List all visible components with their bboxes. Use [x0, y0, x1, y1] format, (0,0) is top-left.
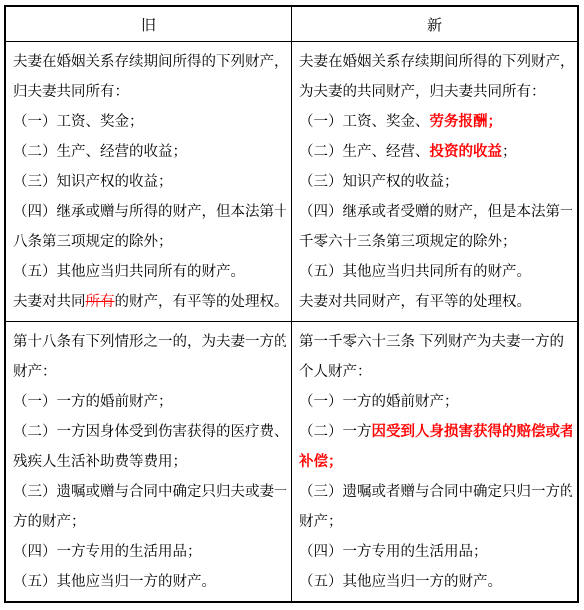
normal-text: 个人财产：	[299, 364, 372, 380]
normal-text: （四）继承或赠与所得的财产，但本法第十	[13, 204, 286, 220]
normal-text: （三）遗嘱或者赠与合同中确定只归一方的	[299, 484, 572, 500]
text-line: （一）工资、奖金；	[13, 107, 286, 137]
text-line: （五）其他应当归一方的财产。	[13, 567, 286, 597]
text-line: 财产；	[299, 507, 572, 537]
table-row-common-property: 夫妻在婚姻关系存续期间所得的下列财产，归夫妻共同所有：（一）工资、奖金；（二）生…	[5, 42, 578, 322]
text-line: 方的财产；	[13, 507, 286, 537]
normal-text: （二）生产、经营、	[299, 144, 430, 160]
text-line: 为夫妻的共同财产，归夫妻共同所有：	[299, 77, 572, 107]
normal-text: （五）其他应当归共同所有的财产。	[299, 264, 531, 280]
text-line: 残疾人生活补助费等费用；	[13, 447, 286, 477]
text-line: （五）其他应当归共同所有的财产。	[299, 257, 572, 287]
added-text: 补偿；	[299, 454, 343, 470]
law-comparison-page: 旧 新 夫妻在婚姻关系存续期间所得的下列财产，归夫妻共同所有：（一）工资、奖金；…	[4, 5, 579, 603]
text-line: 第十八条有下列情形之一的，为夫妻一方的	[13, 327, 286, 357]
text-line: 夫妻在婚姻关系存续期间所得的下列财产，	[13, 47, 286, 77]
normal-text: （五）其他应当归共同所有的财产。	[13, 264, 245, 280]
text-line: 归夫妻共同所有：	[13, 77, 286, 107]
normal-text: 为夫妻的共同财产，归夫妻共同所有：	[299, 84, 546, 100]
text-line: （三）遗嘱或赠与合同中确定只归夫或妻一	[13, 477, 286, 507]
normal-text: （一）一方的婚前财产；	[13, 394, 173, 410]
normal-text: （五）其他应当归一方的财产。	[13, 574, 216, 590]
added-text: 投资的收益	[430, 144, 503, 160]
text-line: （一）一方的婚前财产；	[299, 387, 572, 417]
text-line: 财产：	[13, 357, 286, 387]
normal-text: （二）一方因身体受到伤害获得的医疗费、	[13, 424, 286, 440]
text-line: （二）一方因受到人身损害获得的赔偿或者	[299, 417, 572, 447]
text-line: 补偿；	[299, 447, 572, 477]
text-line: 个人财产：	[299, 357, 572, 387]
normal-text: （四）一方专用的生活用品；	[13, 544, 202, 560]
normal-text: （一）一方的婚前财产；	[299, 394, 459, 410]
normal-text: （二）生产、经营的收益；	[13, 144, 187, 160]
normal-text: （五）其他应当归一方的财产。	[299, 574, 502, 590]
normal-text: （二）一方	[299, 424, 372, 440]
normal-text: （三）遗嘱或赠与合同中确定只归夫或妻一	[13, 484, 286, 500]
text-line: （三）知识产权的收益；	[299, 167, 572, 197]
normal-text: （三）知识产权的收益；	[13, 174, 173, 190]
cell-new-common-property: 夫妻在婚姻关系存续期间所得的下列财产，为夫妻的共同财产，归夫妻共同所有：（一）工…	[292, 42, 579, 322]
text-line: 第一千零六十三条 下列财产为夫妻一方的	[299, 327, 572, 357]
text-line: （三）知识产权的收益；	[13, 167, 286, 197]
law-comparison-table: 旧 新 夫妻在婚姻关系存续期间所得的下列财产，归夫妻共同所有：（一）工资、奖金；…	[4, 5, 579, 603]
normal-text: 千零六十三条第三项规定的除外；	[299, 234, 517, 250]
deleted-text: 所有	[86, 294, 115, 310]
normal-text: （四）继承或者受赠的财产，但是本法第一	[299, 204, 572, 220]
normal-text: ；	[502, 144, 517, 160]
text-line: （四）继承或赠与所得的财产，但本法第十	[13, 197, 286, 227]
normal-text: 八条第三项规定的除外；	[13, 234, 173, 250]
normal-text: （四）一方专用的生活用品；	[299, 544, 488, 560]
normal-text: 残疾人生活补助费等费用；	[13, 454, 187, 470]
header-row: 旧 新	[5, 6, 578, 42]
text-line: （一）一方的婚前财产；	[13, 387, 286, 417]
text-line: 夫妻对共同财产，有平等的处理权。	[299, 287, 572, 317]
normal-text: 夫妻对共同	[13, 294, 86, 310]
normal-text: 财产；	[299, 514, 343, 530]
text-line: （一）工资、奖金、劳务报酬；	[299, 107, 572, 137]
normal-text: 财产：	[13, 364, 57, 380]
text-line: 八条第三项规定的除外；	[13, 227, 286, 257]
text-line: （二）一方因身体受到伤害获得的医疗费、	[13, 417, 286, 447]
added-text: 因受到人身损害获得的赔偿或者	[372, 424, 573, 440]
text-line: 千零六十三条第三项规定的除外；	[299, 227, 572, 257]
table-row-personal-property: 第十八条有下列情形之一的，为夫妻一方的财产：（一）一方的婚前财产；（二）一方因身…	[5, 322, 578, 603]
normal-text: 方的财产；	[13, 514, 86, 530]
normal-text: 第十八条有下列情形之一的，为夫妻一方的	[13, 334, 286, 350]
cell-old-personal-property: 第十八条有下列情形之一的，为夫妻一方的财产：（一）一方的婚前财产；（二）一方因身…	[5, 322, 292, 603]
normal-text: （一）工资、奖金、	[299, 114, 430, 130]
normal-text: 夫妻对共同财产，有平等的处理权。	[299, 294, 531, 310]
column-header-new: 新	[292, 6, 579, 42]
text-line: （三）遗嘱或者赠与合同中确定只归一方的	[299, 477, 572, 507]
text-line: （四）一方专用的生活用品；	[13, 537, 286, 567]
normal-text: 夫妻在婚姻关系存续期间所得的下列财产，	[299, 54, 572, 70]
normal-text: 归夫妻共同所有：	[13, 84, 129, 100]
text-line: （四）一方专用的生活用品；	[299, 537, 572, 567]
text-line: （五）其他应当归一方的财产。	[299, 567, 572, 597]
normal-text: 的财产，有平等的处理权。	[115, 294, 287, 310]
text-line: （二）生产、经营的收益；	[13, 137, 286, 167]
cell-new-personal-property: 第一千零六十三条 下列财产为夫妻一方的个人财产：（一）一方的婚前财产；（二）一方…	[292, 322, 579, 603]
text-line: （五）其他应当归共同所有的财产。	[13, 257, 286, 287]
text-line: （四）继承或者受赠的财产，但是本法第一	[299, 197, 572, 227]
normal-text: （三）知识产权的收益；	[299, 174, 459, 190]
text-line: 夫妻在婚姻关系存续期间所得的下列财产，	[299, 47, 572, 77]
text-line: （二）生产、经营、投资的收益；	[299, 137, 572, 167]
normal-text: 第一千零六十三条 下列财产为夫妻一方的	[299, 334, 564, 350]
added-text: 劳务报酬；	[430, 114, 503, 130]
normal-text: 夫妻在婚姻关系存续期间所得的下列财产，	[13, 54, 286, 70]
normal-text: （一）工资、奖金；	[13, 114, 144, 130]
cell-old-common-property: 夫妻在婚姻关系存续期间所得的下列财产，归夫妻共同所有：（一）工资、奖金；（二）生…	[5, 42, 292, 322]
column-header-old: 旧	[5, 6, 292, 42]
text-line: 夫妻对共同所有的财产，有平等的处理权。	[13, 287, 286, 317]
